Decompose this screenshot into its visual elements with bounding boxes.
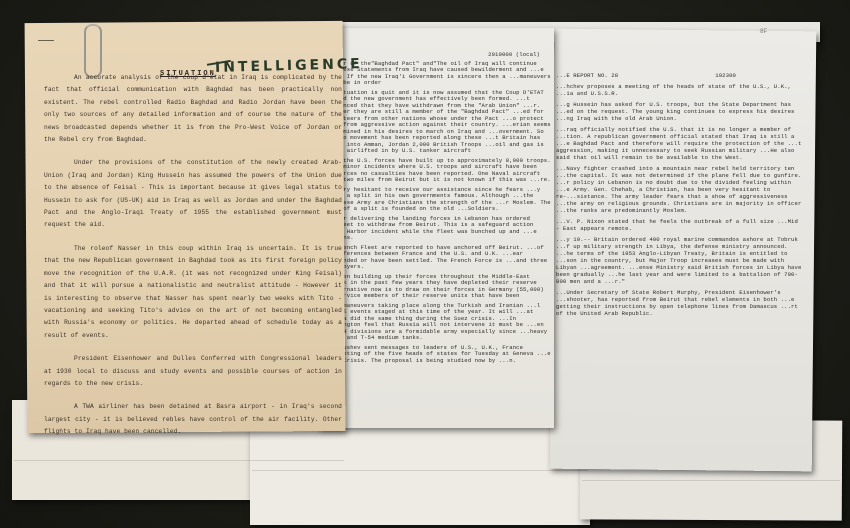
report-number: ...E REPORT NO. 28 <box>556 72 618 79</box>
report-paragraph: ...Very hesitant to receive our assistan… <box>326 187 552 213</box>
report-paragraph: ...ter delivering the landing forces in … <box>326 216 552 242</box>
page-mark: 8F <box>760 28 767 35</box>
report-paragraph: ...raq officially notified the U.S. that… <box>556 126 804 161</box>
report-paragraph: ...V. P. Nixon stated that he feels the … <box>556 218 804 232</box>
report-paragraph: ...y 19.-- Britain ordered 400 royal mar… <box>556 236 804 285</box>
body-paragraph: The roleof Nasser in this coup within Ir… <box>44 243 342 342</box>
report-paragraph: ...r maneuvers taking place along the Tu… <box>326 303 552 342</box>
left-page-body: An accurate analysis of the coup d'etat … <box>44 72 342 450</box>
body-paragraph: A TWA airliner has been detained at Basr… <box>44 401 342 438</box>
body-paragraph: An accurate analysis of the coup d'etat … <box>44 72 342 146</box>
report-paragraph: ...French Fleet are reported to have anc… <box>326 245 552 271</box>
report-paragraph: ...g Hussein has asked for U.S. troops, … <box>556 101 804 122</box>
body-paragraph: President Eisenhower and Dulles Conferre… <box>44 353 342 390</box>
report-paragraph: ...Navy fighter crashed into a mountain … <box>556 165 804 214</box>
body-paragraph: Under the provisions of the constitution… <box>44 157 342 231</box>
paperclip-icon <box>84 24 102 78</box>
report-paragraph: ...hrushev sent messages to leaders of U… <box>326 345 552 365</box>
right-page-text: ...E REPORT NO. 28 192300 ...hchev propo… <box>556 72 804 342</box>
report-time: 192300 <box>715 72 736 79</box>
report-paragraph: ...s the U.S. forces have built up to ap… <box>326 158 552 184</box>
paper-fold-line <box>582 480 840 481</box>
paper-fold-line <box>252 470 588 471</box>
report-paragraph: ...Under Secretary of State Robert Murph… <box>556 289 804 317</box>
report-paragraph: ...situation is quit and it is now assum… <box>326 90 552 155</box>
middle-page-text: 2010000 (local) ...der of the"Baghdad Pa… <box>326 52 552 382</box>
pencil-mark <box>38 40 54 41</box>
paper-fold-line <box>14 460 344 461</box>
report-paragraph: ...hchev proposes a meeting of the heads… <box>556 83 804 97</box>
report-paragraph: ...been building up their forces through… <box>326 274 552 300</box>
